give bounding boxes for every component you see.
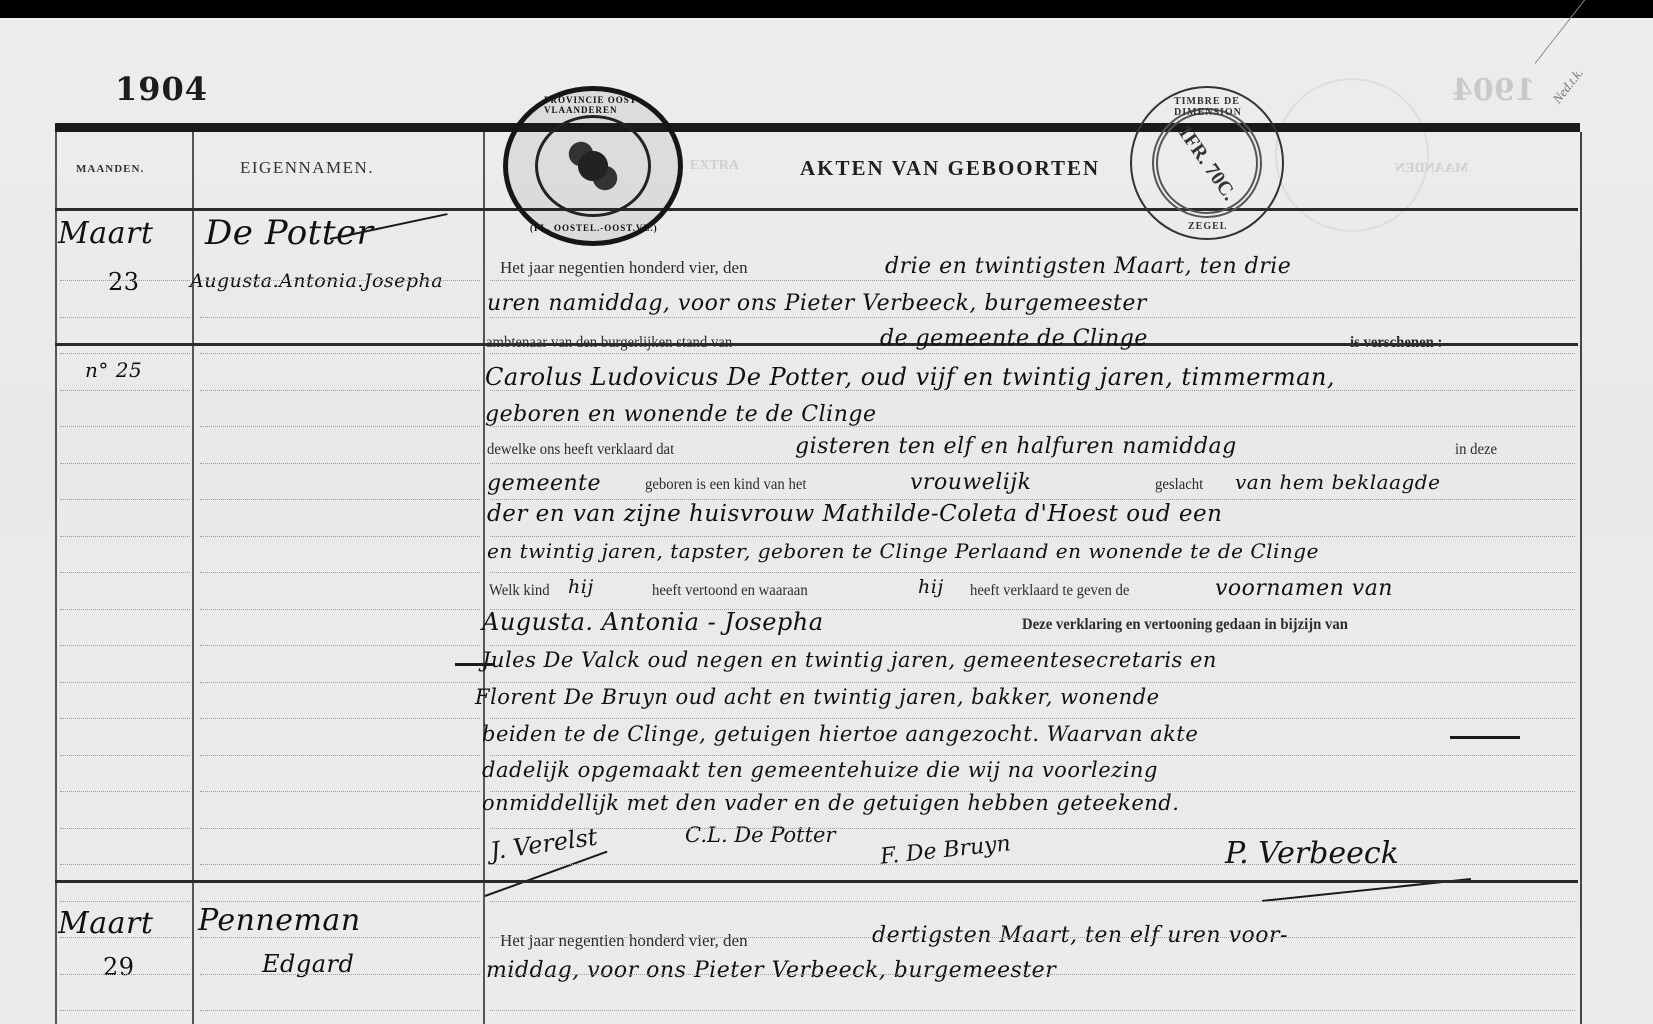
ruled-line xyxy=(60,645,190,646)
ruled-line xyxy=(490,536,1575,537)
ruled-line xyxy=(490,499,1575,500)
ruled-line xyxy=(490,937,1575,938)
ruled-line xyxy=(200,609,480,610)
entry-1-line-12-hand: Jules De Valck oud negen en twintig jare… xyxy=(482,648,1217,672)
ruled-line xyxy=(60,901,190,902)
ruled-line xyxy=(490,718,1575,719)
ruled-line xyxy=(200,1010,480,1011)
ruled-line xyxy=(200,901,480,902)
entry-1-line-6-hand: gisteren ten elf en halfuren namiddag xyxy=(795,434,1237,459)
entry-1-act-number: n° 25 xyxy=(85,358,142,382)
entry-1-day: 23 xyxy=(108,268,140,296)
entry-1-line-4-hand: Carolus Ludovicus De Potter, oud vijf en… xyxy=(485,363,1335,391)
entry-1-line-9-hand: en twintig jaren, tapster, geboren te Cl… xyxy=(487,539,1319,563)
ruled-line xyxy=(490,864,1575,865)
signature-mayor: P. Verbeeck xyxy=(1225,836,1399,871)
ruled-line xyxy=(60,791,190,792)
entry-1-line-5-hand: geboren en wonende te de Clinge xyxy=(485,402,876,427)
entry-2-line-1-hand: dertigsten Maart, ten elf uren voor- xyxy=(872,923,1288,948)
ruled-line xyxy=(200,718,480,719)
entry-2-surname: Penneman xyxy=(198,903,361,938)
ruled-line xyxy=(200,755,480,756)
register-year: 1904 xyxy=(115,70,208,108)
provincial-seal-stamp: PROVINCIE OOST-VLAANDEREN (FL. OOSTEL.-O… xyxy=(503,86,683,246)
ruled-line xyxy=(60,353,190,354)
entry-1-line-10-printed-end: heeft verklaard te geven de xyxy=(970,582,1129,600)
ghost-header-months: MAANDEN xyxy=(1395,161,1468,177)
ruled-line xyxy=(490,755,1575,756)
column-divider-names xyxy=(483,132,485,1024)
ruled-line xyxy=(60,682,190,683)
lion-emblem-icon xyxy=(563,136,623,196)
entry-1-line-3-printed-end: is verschenen : xyxy=(1350,334,1442,352)
ruled-line xyxy=(200,499,480,500)
entry-2-line-1-printed: Het jaar negentien honderd vier, den xyxy=(500,931,748,951)
ruled-line xyxy=(200,828,480,829)
entry-1-line-13-hand: Florent De Bruyn oud acht en twintig jar… xyxy=(475,685,1160,709)
ruled-line xyxy=(490,426,1575,427)
entry-2-line-2-hand: middag, voor ons Pieter Verbeeck, burgem… xyxy=(486,958,1056,983)
column-header-months: MAANDEN. xyxy=(76,163,144,175)
mirrored-year-bleedthrough: 1904 xyxy=(1452,73,1536,108)
ruled-line xyxy=(60,536,190,537)
register-title: AKTEN VAN GEBOORTEN xyxy=(800,156,1100,181)
ruled-line xyxy=(200,682,480,683)
tax-stamp: 1FR. 70C. TIMBRE DE DIMENSION ZEGEL xyxy=(1130,86,1284,240)
ruled-line xyxy=(490,280,1575,281)
ruled-line xyxy=(200,536,480,537)
ruled-line xyxy=(200,974,480,975)
entry-2-month: Maart xyxy=(58,906,153,941)
entry-1-line-8-hand: der en van zijne huisvrouw Mathilde-Cole… xyxy=(487,501,1222,527)
ruled-line xyxy=(490,609,1575,610)
ruled-line xyxy=(200,791,480,792)
ruled-line xyxy=(60,755,190,756)
line-end-flourish xyxy=(1450,736,1520,739)
ruled-line xyxy=(200,390,480,391)
entry-1-line-10-hand: hij xyxy=(568,576,594,598)
entry-1-line-7-printed-mid: geboren is een kind van het xyxy=(645,476,806,494)
entry-1-line-7-hand-mid: vrouwelijk xyxy=(910,470,1031,495)
entry-1-line-11-printed-end: Deze verklaring en vertooning gedaan in … xyxy=(1022,616,1348,634)
ruled-line xyxy=(490,682,1575,683)
entry-1-line-6-printed-end: in deze xyxy=(1455,441,1497,459)
ruled-line xyxy=(490,791,1575,792)
signature-father: C.L. De Potter xyxy=(685,823,836,847)
ruled-line xyxy=(60,718,190,719)
ruled-line xyxy=(200,572,480,573)
entry-1-line-1-hand: drie en twintigsten Maart, ten drie xyxy=(885,254,1291,279)
entry-1-line-7-printed-end: geslacht xyxy=(1155,476,1203,494)
ruled-line xyxy=(490,645,1575,646)
ruled-line xyxy=(200,463,480,464)
corner-annotation: Ned.t.k. xyxy=(1549,65,1586,106)
ruled-line xyxy=(490,901,1575,902)
header-bottom-rule xyxy=(55,208,1578,211)
entry-2-day: 29 xyxy=(103,953,135,981)
ruled-line xyxy=(490,390,1575,391)
ruled-line xyxy=(490,353,1575,354)
entry-1-line-3-hand: de gemeente de Clinge xyxy=(880,326,1148,351)
ruled-line xyxy=(490,1010,1575,1011)
entry-1-line-6-printed: dewelke ons heeft verklaard dat xyxy=(487,441,674,459)
ruled-line xyxy=(60,280,190,281)
entry-1-month: Maart xyxy=(58,216,153,251)
entry-1-line-1-printed: Het jaar negentien honderd vier, den xyxy=(500,258,748,278)
header-top-rule xyxy=(55,123,1580,132)
ruled-line xyxy=(60,390,190,391)
entry-1-line-7-hand-end: van hem beklaagde xyxy=(1235,470,1440,494)
entry-1-line-11-hand: Augusta. Antonia - Josepha xyxy=(482,608,824,636)
entry-1-line-10-hand-mid: hij xyxy=(918,576,944,598)
ruled-line xyxy=(60,426,190,427)
entry-1-line-3-printed: ambtenaar van den burgerlijken stand van xyxy=(486,334,732,352)
ruled-line xyxy=(60,572,190,573)
ruled-line xyxy=(60,974,190,975)
ruled-line xyxy=(200,280,480,281)
column-divider-months xyxy=(192,132,194,1024)
entry-1-line-7-hand: gemeente xyxy=(487,471,601,496)
entry-1-given-names: Augusta.Antonia.Josepha xyxy=(190,270,443,292)
entry-1-line-14-hand: beiden te de Clinge, getuigen hiertoe aa… xyxy=(482,722,1198,746)
ruled-line xyxy=(200,426,480,427)
ruled-line xyxy=(60,499,190,500)
line-start-flourish xyxy=(455,663,495,666)
ruled-line xyxy=(200,317,480,318)
ruled-line xyxy=(60,864,190,865)
ruled-line xyxy=(490,463,1575,464)
entry-1-line-10-printed: Welk kind xyxy=(489,582,550,600)
ruled-line xyxy=(60,1010,190,1011)
entry-1-line-10-printed-mid: heeft vertoond en waaraan xyxy=(652,582,808,600)
document-page: 1904 Ned.t.k. 1904 MAANDEN. EIGENNAMEN. … xyxy=(0,18,1653,1024)
entry-1-line-16-hand: onmiddellijk met den vader en de getuige… xyxy=(482,791,1179,815)
ruled-line xyxy=(200,645,480,646)
ruled-line xyxy=(490,974,1575,975)
ruled-line xyxy=(60,828,190,829)
ruled-line xyxy=(200,864,480,865)
entry-separator-rule xyxy=(55,880,1578,883)
entry-1-line-2-hand: uren namiddag, voor ons Pieter Verbeeck,… xyxy=(487,291,1147,316)
corner-pencil-line xyxy=(1535,0,1594,64)
ruled-line xyxy=(200,353,480,354)
entry-1-line-15-hand: dadelijk opgemaakt ten gemeentehuize die… xyxy=(482,758,1158,782)
ruled-line xyxy=(60,609,190,610)
ruled-line xyxy=(60,937,190,938)
ghost-header-extra: EXTRA xyxy=(690,158,739,174)
column-header-names: EIGENNAMEN. xyxy=(240,158,374,178)
ruled-line xyxy=(60,463,190,464)
entry-1-line-10-hand-end: voornamen van xyxy=(1215,576,1393,601)
ruled-line xyxy=(490,828,1575,829)
ruled-line xyxy=(490,317,1575,318)
ruled-line xyxy=(200,937,480,938)
ruled-line xyxy=(490,572,1575,573)
ruled-line xyxy=(60,317,190,318)
